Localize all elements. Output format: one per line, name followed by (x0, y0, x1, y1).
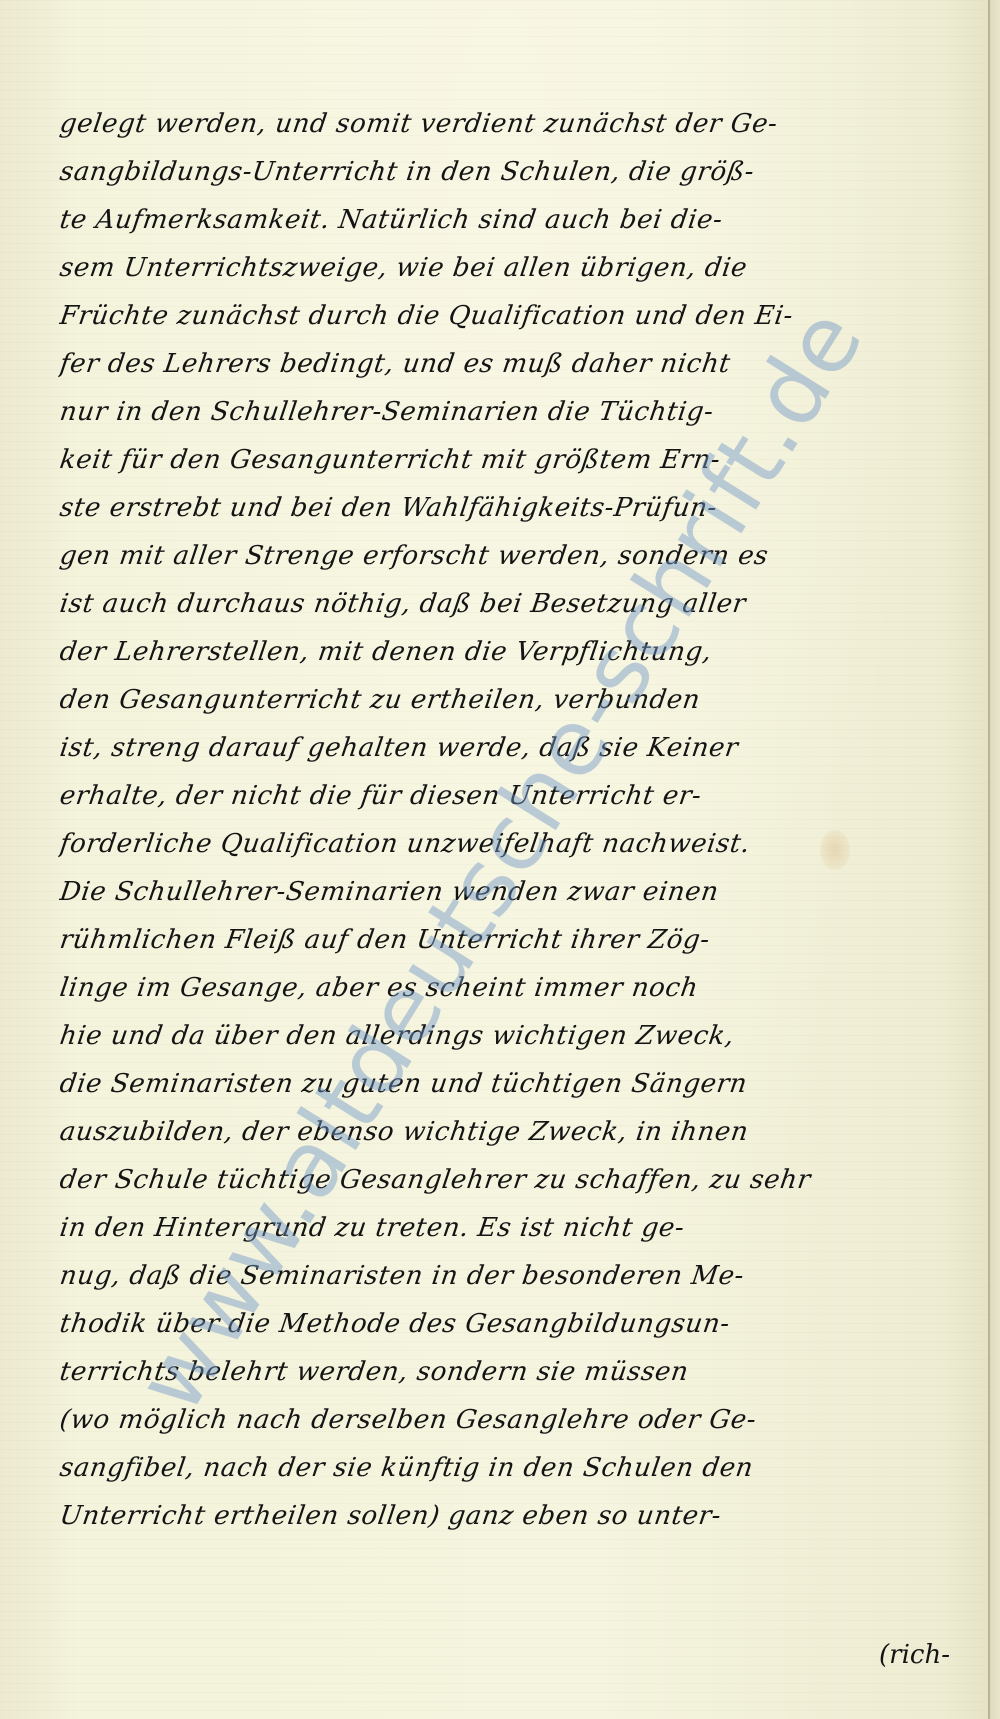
adjacent-page-strip (990, 0, 1000, 1719)
catchword: (rich- (879, 1640, 950, 1670)
text-line: gen mit aller Strenge erforscht werden, … (57, 532, 954, 580)
text-line: (wo möglich nach derselben Gesanglehre o… (57, 1396, 954, 1444)
text-line: sem Unterrichtszweige, wie bei allen übr… (57, 244, 954, 292)
manuscript-page: gelegt werden, und somit verdient zunäch… (0, 0, 1000, 1719)
text-line: auszubilden, der ebenso wichtige Zweck, … (57, 1108, 954, 1156)
text-line: ist auch durchaus nöthig, daß bei Besetz… (57, 580, 954, 628)
text-line: gelegt werden, und somit verdient zunäch… (57, 100, 954, 148)
text-line: der Lehrerstellen, mit denen die Verpfli… (57, 628, 954, 676)
text-line: keit für den Gesangunterricht mit größte… (57, 436, 954, 484)
text-line: in den Hintergrund zu treten. Es ist nic… (57, 1204, 954, 1252)
text-line: nug, daß die Seminaristen in der besonde… (57, 1252, 954, 1300)
text-line: thodik über die Methode des Gesangbildun… (57, 1300, 954, 1348)
text-line: forderliche Qualification unzweifelhaft … (57, 820, 954, 868)
text-line: rühmlichen Fleiß auf den Unterricht ihre… (57, 916, 954, 964)
text-line: ist, streng darauf gehalten werde, daß s… (57, 724, 954, 772)
text-line: linge im Gesange, aber es scheint immer … (57, 964, 954, 1012)
handwritten-text-block: gelegt werden, und somit verdient zunäch… (60, 100, 950, 1540)
text-line: sangbildungs-Unterricht in den Schulen, … (57, 148, 954, 196)
text-line: der Schule tüchtige Gesanglehrer zu scha… (57, 1156, 954, 1204)
text-line: Unterricht ertheilen sollen) ganz eben s… (57, 1492, 954, 1540)
text-line: die Seminaristen zu guten und tüchtigen … (57, 1060, 954, 1108)
text-line: te Aufmerksamkeit. Natürlich sind auch b… (57, 196, 954, 244)
text-line: fer des Lehrers bedingt, und es muß dahe… (57, 340, 954, 388)
text-line: sangfibel, nach der sie künftig in den S… (57, 1444, 954, 1492)
text-line: erhalte, der nicht die für diesen Unterr… (57, 772, 954, 820)
text-line: den Gesangunterricht zu ertheilen, verbu… (57, 676, 954, 724)
text-line: Die Schullehrer-Seminarien wenden zwar e… (57, 868, 954, 916)
text-line: Früchte zunächst durch die Qualification… (57, 292, 954, 340)
text-line: nur in den Schullehrer-Seminarien die Tü… (57, 388, 954, 436)
text-line: hie und da über den allerdings wichtigen… (57, 1012, 954, 1060)
text-line: ste erstrebt und bei den Wahlfähigkeits-… (57, 484, 954, 532)
text-line: terrichts belehrt werden, sondern sie mü… (57, 1348, 954, 1396)
